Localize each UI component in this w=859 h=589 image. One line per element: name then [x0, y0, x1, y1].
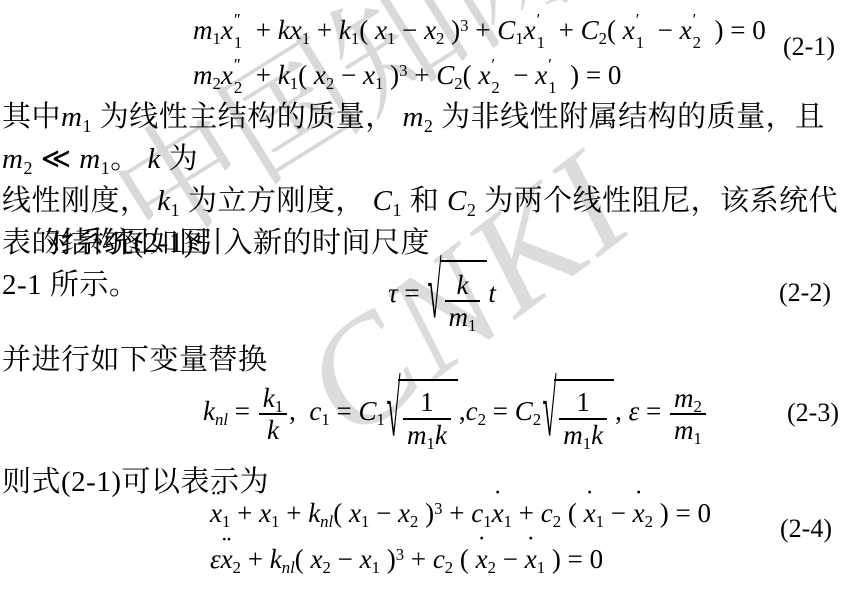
equation-label-2-3: (2-3)	[787, 398, 839, 428]
equation-2-4: ¨x1 + x1 + knl( x1 − x2 )3 + c1˙x1 + c2 …	[210, 490, 711, 582]
equation-label-2-4: (2-4)	[780, 514, 832, 544]
document-page: 中国知网 CNKI m1x″1 + kx1 + k1( x1 − x2 )3 +…	[0, 0, 859, 589]
equation-2-1-line-1: m1x″1 + kx1 + k1( x1 − x2 )3 + C1x′1 + C…	[193, 8, 766, 53]
equation-2-4-line-2: ε¨x2 + knl( x2 − x1 )3 + c2 ( ˙x2 − ˙x1 …	[210, 536, 711, 582]
equation-2-4-line-1: ¨x1 + x1 + knl( x1 − x2 )3 + c1˙x1 + c2 …	[210, 490, 711, 536]
equation-2-2: τ = √km1t	[388, 258, 496, 328]
paragraph-variable-substitution-intro: 并进行如下变量替换	[2, 339, 268, 381]
paragraph-time-scale-intro: 对系统(2-1)引入新的时间尺度	[45, 222, 430, 264]
equation-label-2-1: (2-1)	[783, 32, 835, 62]
equation-2-1-line-2: m2x″2 + k1( x2 − x1 )3 + C2( x′2 − x′1 )…	[193, 53, 766, 98]
equation-label-2-2: (2-2)	[779, 278, 831, 308]
equation-2-3: knl = k1k, c1 = C1√1m1k,c2 = C2√1m1k, ε …	[203, 377, 708, 445]
equation-2-1: m1x″1 + kx1 + k1( x1 − x2 )3 + C1x′1 + C…	[193, 8, 766, 98]
